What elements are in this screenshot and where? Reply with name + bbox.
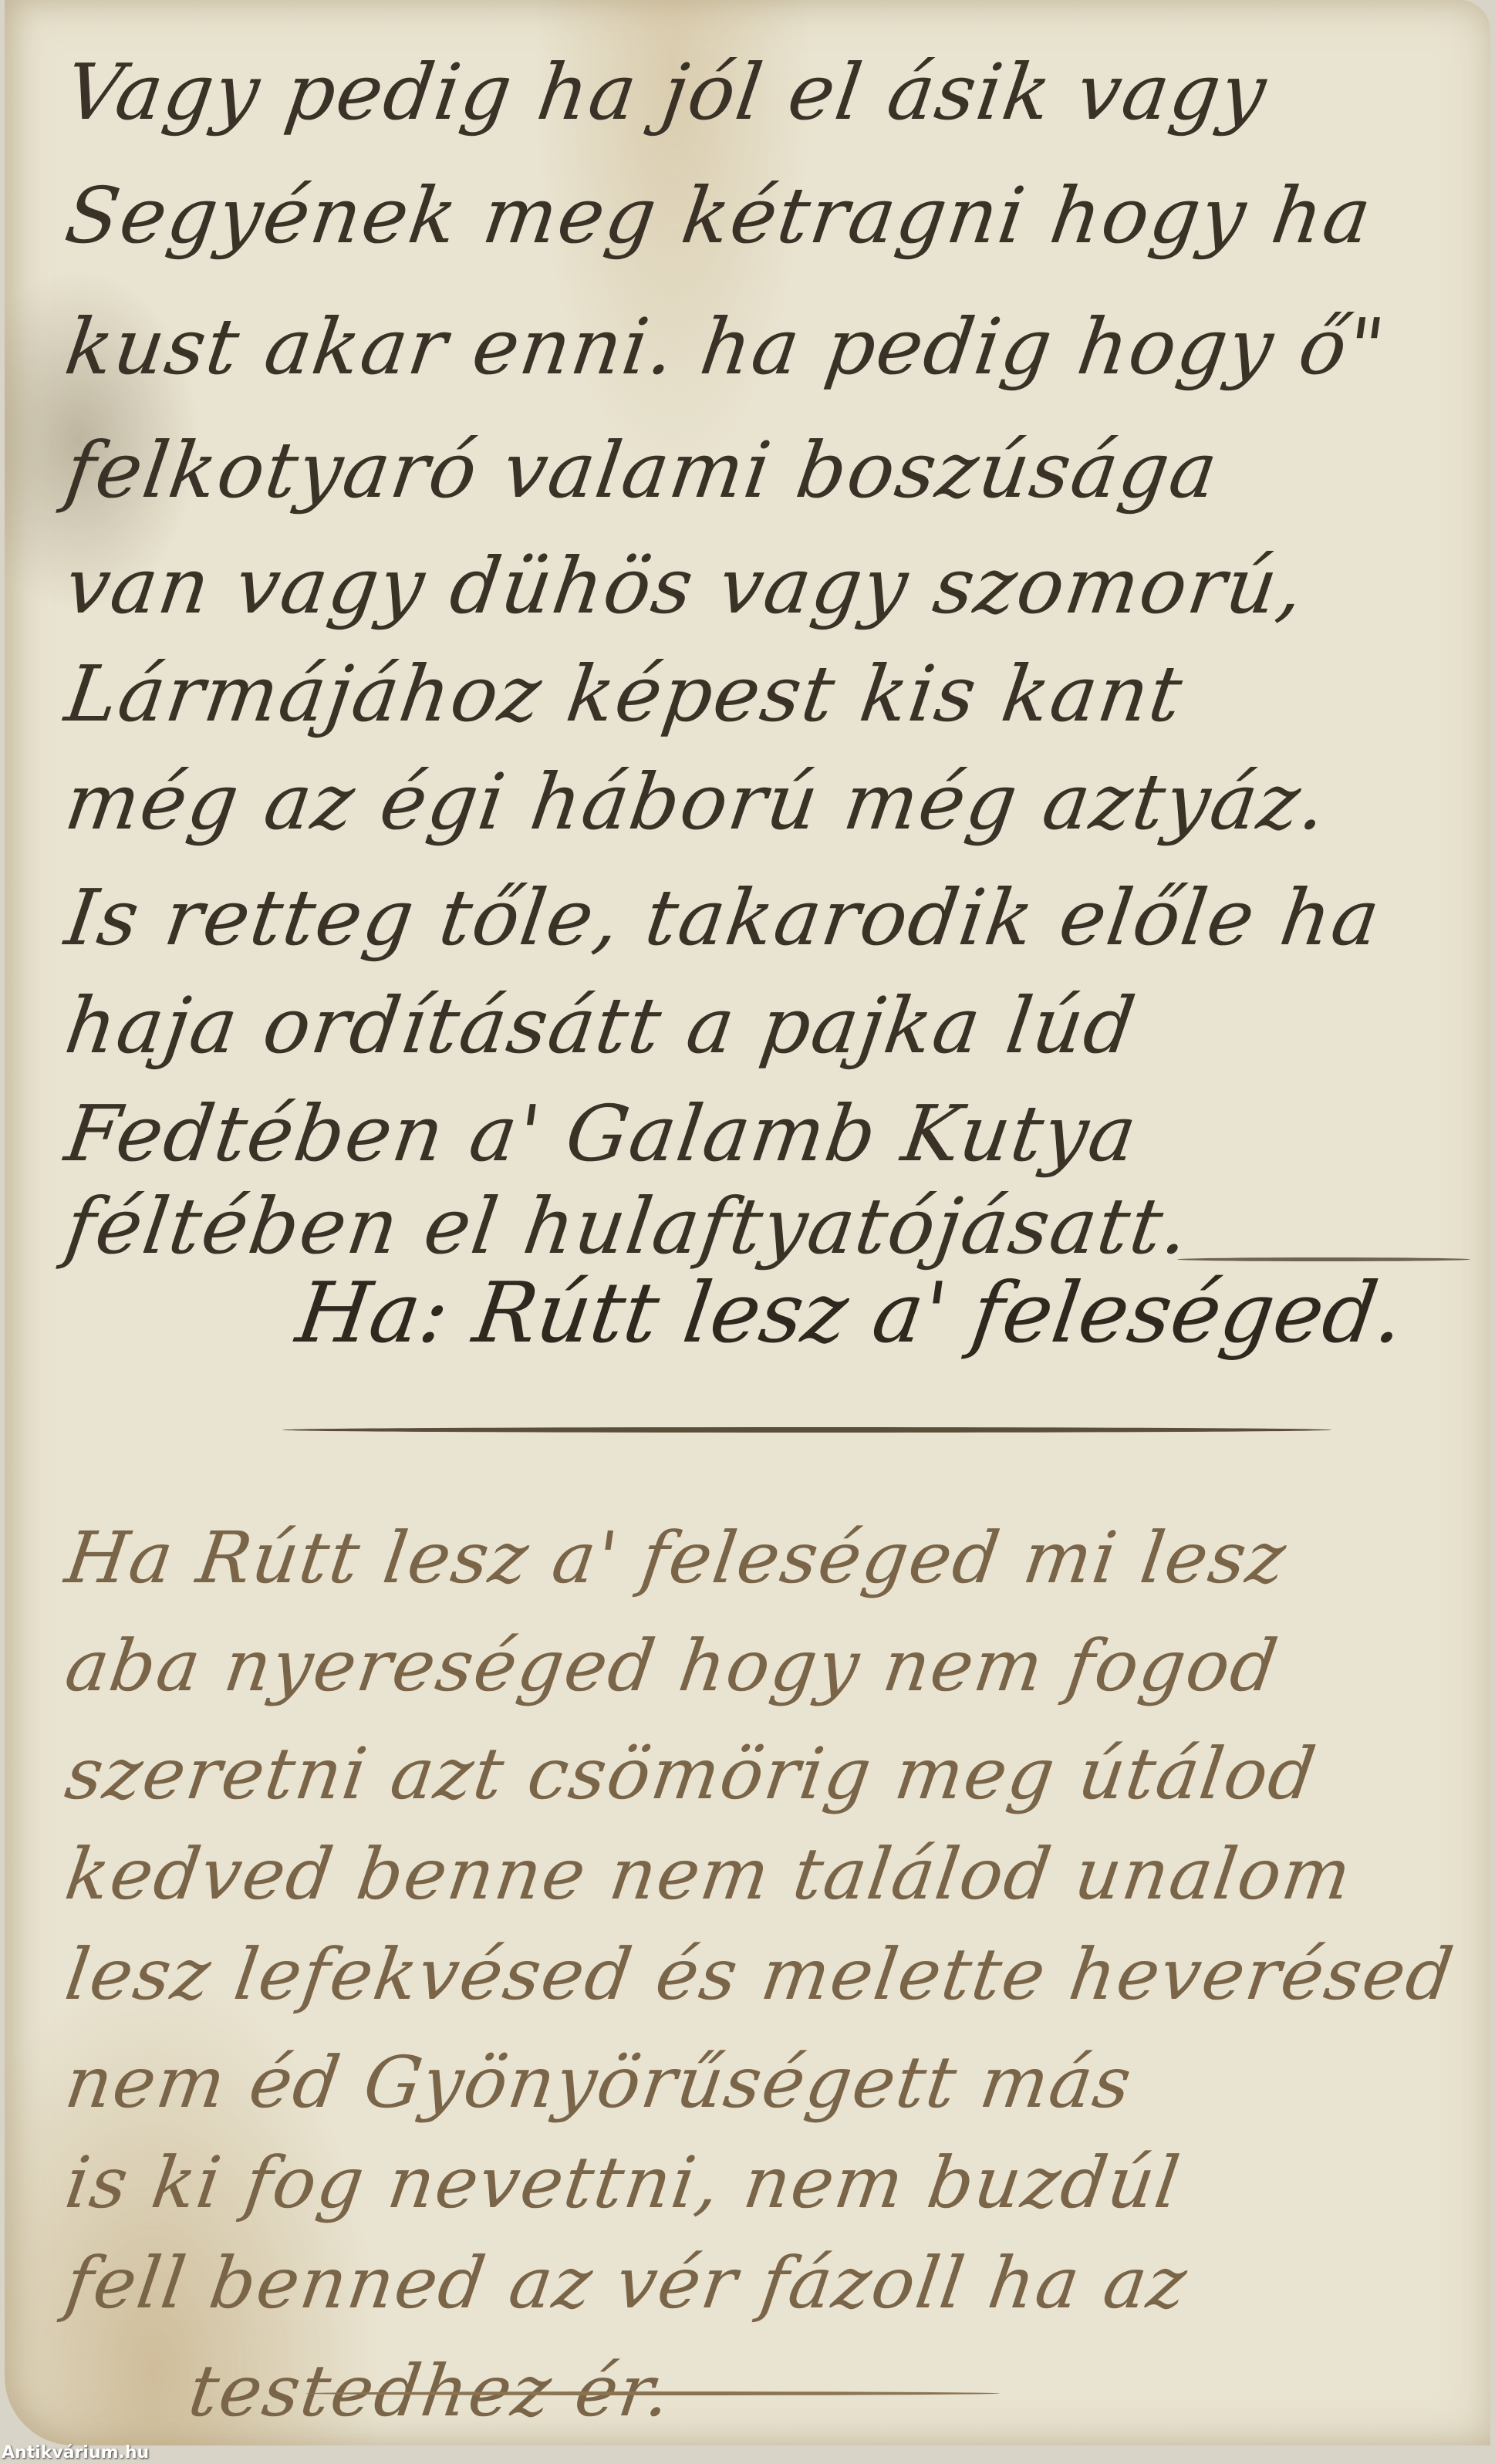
text-line: Vagy pedig ha jól el ásik vagy [60, 46, 1273, 139]
text-line: Lármájához képest kis kant [60, 648, 1190, 741]
heading-underline [282, 1427, 1331, 1433]
text-line: még az égi háború még aztyáz. [60, 756, 1334, 849]
text-line: is ki fog nevettni, nem buzdúl [60, 2137, 1186, 2229]
text-line: lesz lefekvésed és melette heverésed [60, 1929, 1460, 2021]
text-line: van vagy dühös vagy szomorú, [60, 540, 1311, 633]
text-line: szeretni azt csömörig meg útálod [60, 1728, 1323, 1821]
section-heading: Ha: Rútt lesz a' feleséged. [291, 1265, 1410, 1362]
text-line: felkotyaró valami boszúsága [60, 424, 1224, 517]
text-line: Ha Rútt lesz a' feleséged mi lesz [60, 1512, 1293, 1605]
text-line: Fedtében a' Galamb Kutya [60, 1088, 1144, 1180]
text-line: Is retteg tőle, takarodik előle ha [60, 872, 1387, 964]
manuscript-page: Vagy pedig ha jól el ásik vagy Segyének … [5, 0, 1490, 2445]
text-line: fell benned az vér fázoll ha az [60, 2237, 1194, 2330]
text-line: kust akar enni. ha pedig hogy ő" [60, 301, 1392, 393]
text-line: aba nyereséged hogy nem fogod [60, 1620, 1284, 1713]
text-line: féltében el hulaftyatójásatt. [60, 1180, 1196, 1273]
closing-rule [305, 2391, 1000, 2395]
text-line: haja ordításátt a pajka lúd [60, 980, 1142, 1072]
text-line: nem éd Gyönyörűségett más [60, 2037, 1139, 2129]
watermark-text: Antikvárium.hu [2, 2443, 149, 2462]
text-line: Segyének meg kétragni hogy ha [60, 170, 1379, 262]
text-line: kedved benne nem találod unalom [60, 1828, 1358, 1921]
line-flourish [1177, 1257, 1470, 1261]
